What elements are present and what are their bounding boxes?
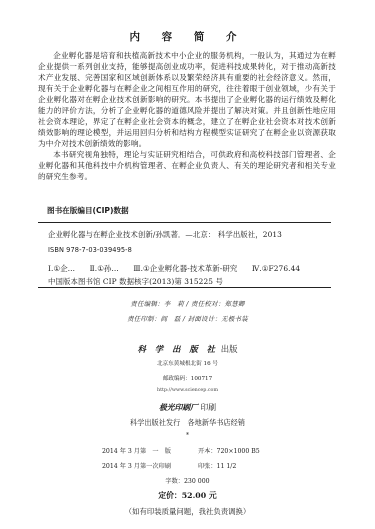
separator-mark: *	[0, 432, 375, 439]
printer-suffix: 印刷	[198, 403, 216, 412]
cip-isbn: ISBN 978-7-03-039495-8	[48, 246, 132, 254]
printer-name: 极光印刷厂	[159, 403, 198, 412]
cip-classification: Ⅰ.①企… Ⅱ.①孙… Ⅲ.①企业孵化器-技术革新-研究 Ⅳ.①F276.44	[48, 263, 312, 274]
publisher-suffix: 出版	[218, 344, 237, 354]
cip-number: 中国版本图书馆 CIP 数据核字(2013)第 315225 号	[48, 276, 223, 287]
format-info: 开本：720×1000 B5	[198, 448, 260, 455]
cip-title-line: 企业孵化器与在孵企业技术创新/孙凯著．—北京： 科学出版社，2013	[48, 229, 282, 240]
copyright-page: 内 容 简 介 企业孵化器是培育和扶植高新技术中小企业的服务机构，一般认为，其通…	[0, 0, 375, 529]
summary-body: 企业孵化器是培育和扶植高新技术中小企业的服务机构，一般认为，其通过为在孵企业提供…	[38, 50, 336, 182]
editor-credits: 责任编辑：李 莉 / 责任校对：郑慧卿	[0, 299, 375, 308]
summary-title: 内 容 简 介	[0, 29, 375, 44]
quality-notice: （如有印装质量问题，我社负责调换）	[0, 506, 375, 517]
publisher-website: http://www.sciencep.com	[0, 388, 375, 393]
cip-heading: 图书在版编目(CIP)数据	[47, 205, 129, 216]
summary-paragraph-2: 本书研究视角独特，理论与实证研究相结合，可供政府和高校科技部门管理者、企业孵化器…	[38, 149, 336, 182]
cip-class-3: Ⅲ.①企业孵化器-技术革新-研究	[133, 263, 237, 274]
printer-line: 极光印刷厂 印刷	[0, 402, 375, 413]
price: 定价：52.00 元	[0, 490, 375, 501]
publisher-line: 科 学 出 版 社 出版	[0, 343, 375, 355]
edition-row: 2014 年 3 月第 一 版 开本：720×1000 B5	[102, 446, 260, 455]
cip-top-rule	[38, 222, 331, 223]
production-credits: 责任印制：阎 磊 / 封面设计：无极书装	[0, 314, 375, 323]
cip-class-1: Ⅰ.①企…	[48, 263, 75, 274]
cip-bottom-rule	[38, 287, 331, 288]
printing-row: 2014 年 3 月第一次印刷 印张：11 1/2	[102, 461, 236, 470]
printing-info: 2014 年 3 月第一次印刷	[102, 461, 196, 470]
sheets-info: 印张：11 1/2	[198, 463, 236, 470]
postcode: 邮政编码：100717	[0, 374, 375, 382]
edition-info: 2014 年 3 月第 一 版	[102, 446, 196, 455]
summary-paragraph-1: 企业孵化器是培育和扶植高新技术中小企业的服务机构，一般认为，其通过为在孵企业提供…	[38, 50, 336, 149]
word-count: 字数：230 000	[0, 476, 375, 485]
cip-class-4: Ⅳ.①F276.44	[252, 264, 300, 273]
publisher-address: 北京东黄城根北街 16 号	[0, 359, 375, 367]
publisher-name: 科 学 出 版 社	[138, 344, 219, 354]
cip-class-2: Ⅱ.①孙…	[90, 263, 119, 274]
distribution-line: 科学出版社发行 各地新华书店经销	[0, 418, 375, 428]
